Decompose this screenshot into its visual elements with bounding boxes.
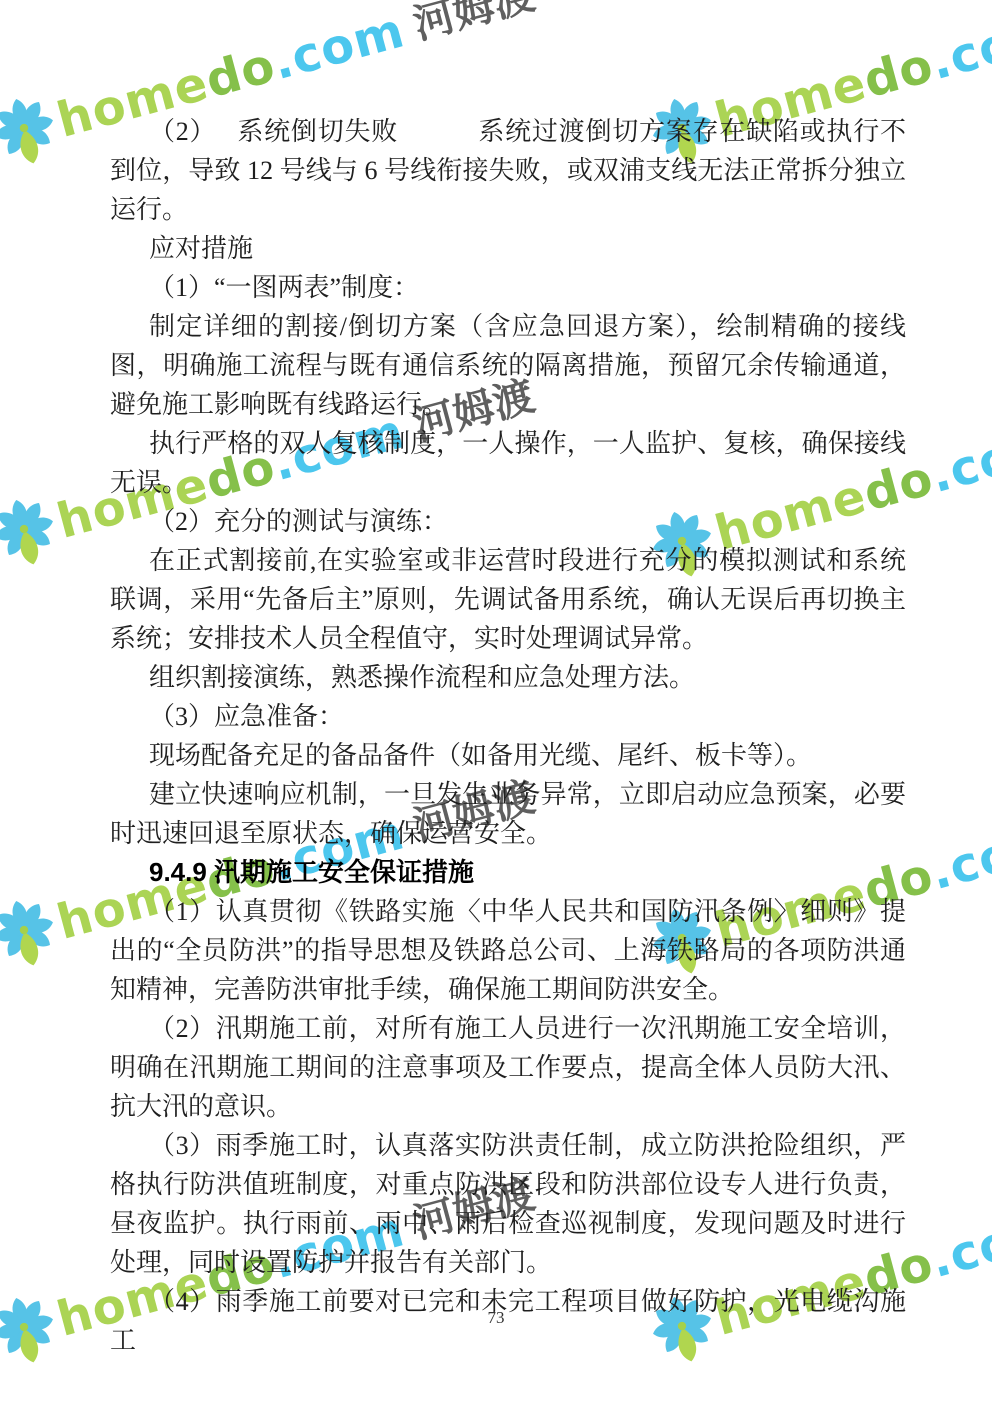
watermark-brand-com: .com [926, 6, 992, 87]
page-number: 73 [0, 1308, 992, 1328]
document-page: homedo.com 河姆渡 homedo.com 河姆渡 homedo.com… [0, 0, 992, 1403]
watermark-brand-com: .com [926, 816, 992, 897]
paragraph-detailed-plan: 制定详细的割接/倒切方案（含应急回退方案），绘制精确的接线图，明确施工流程与既有… [110, 307, 906, 424]
paragraph-double-check: 执行严格的双人复核制度，一人操作，一人监护、复核，确保接线无误。 [110, 424, 906, 502]
section-heading-9-4-9: 9.4.9 汛期施工安全保证措施 [110, 853, 906, 892]
paragraph-system-switch-failure: （2） 系统倒切失败 系统过渡倒切方案存在缺陷或执行不到位，导致 12 号线与 … [110, 112, 906, 229]
paragraph-rainy-season-duty: （3）雨季施工时，认真落实防洪责任制，成立防洪抢险组织，严格执行防洪值班制度，对… [110, 1126, 906, 1282]
paragraph-drill-organization: 组织割接演练，熟悉操作流程和应急处理方法。 [110, 658, 906, 697]
watermark-brand-com: .com [268, 6, 410, 87]
paragraph-one-chart-two-tables: （1）“一图两表”制度： [110, 268, 906, 307]
document-body: （2） 系统倒切失败 系统过渡倒切方案存在缺陷或执行不到位，导致 12 号线与 … [110, 112, 906, 1360]
watermark-brand-do: do [201, 40, 280, 104]
paragraph-rapid-response: 建立快速响应机制，一旦发生业务异常，立即启动应急预案，必要时迅速回退至原状态，确… [110, 775, 906, 853]
paragraph-countermeasures-label: 应对措施 [110, 229, 906, 268]
paragraph-simulation-testing: 在正式割接前,在实验室或非运营时段进行充分的模拟测试和系统联调，采用“先备后主”… [110, 541, 906, 658]
paragraph-emergency-prep-label: （3）应急准备： [110, 697, 906, 736]
paragraph-flood-regulations: （1）认真贯彻《铁路实施〈中华人民共和国防汛条例〉细则》提出的“全员防洪”的指导… [110, 892, 906, 1009]
watermark-brand-do: do [859, 40, 938, 104]
watermark-brand-chinese: 河姆渡 [409, 0, 538, 46]
paragraph-testing-drills-label: （2）充分的测试与演练： [110, 502, 906, 541]
paragraph-spare-parts: 现场配备充足的备品备件（如备用光缆、尾纤、板卡等）。 [110, 736, 906, 775]
watermark-brand-com: .com [926, 1204, 992, 1285]
paragraph-flood-training: （2）汛期施工前，对所有施工人员进行一次汛期施工安全培训，明确在汛期施工期间的注… [110, 1009, 906, 1126]
watermark-brand-com: .com [926, 419, 992, 500]
